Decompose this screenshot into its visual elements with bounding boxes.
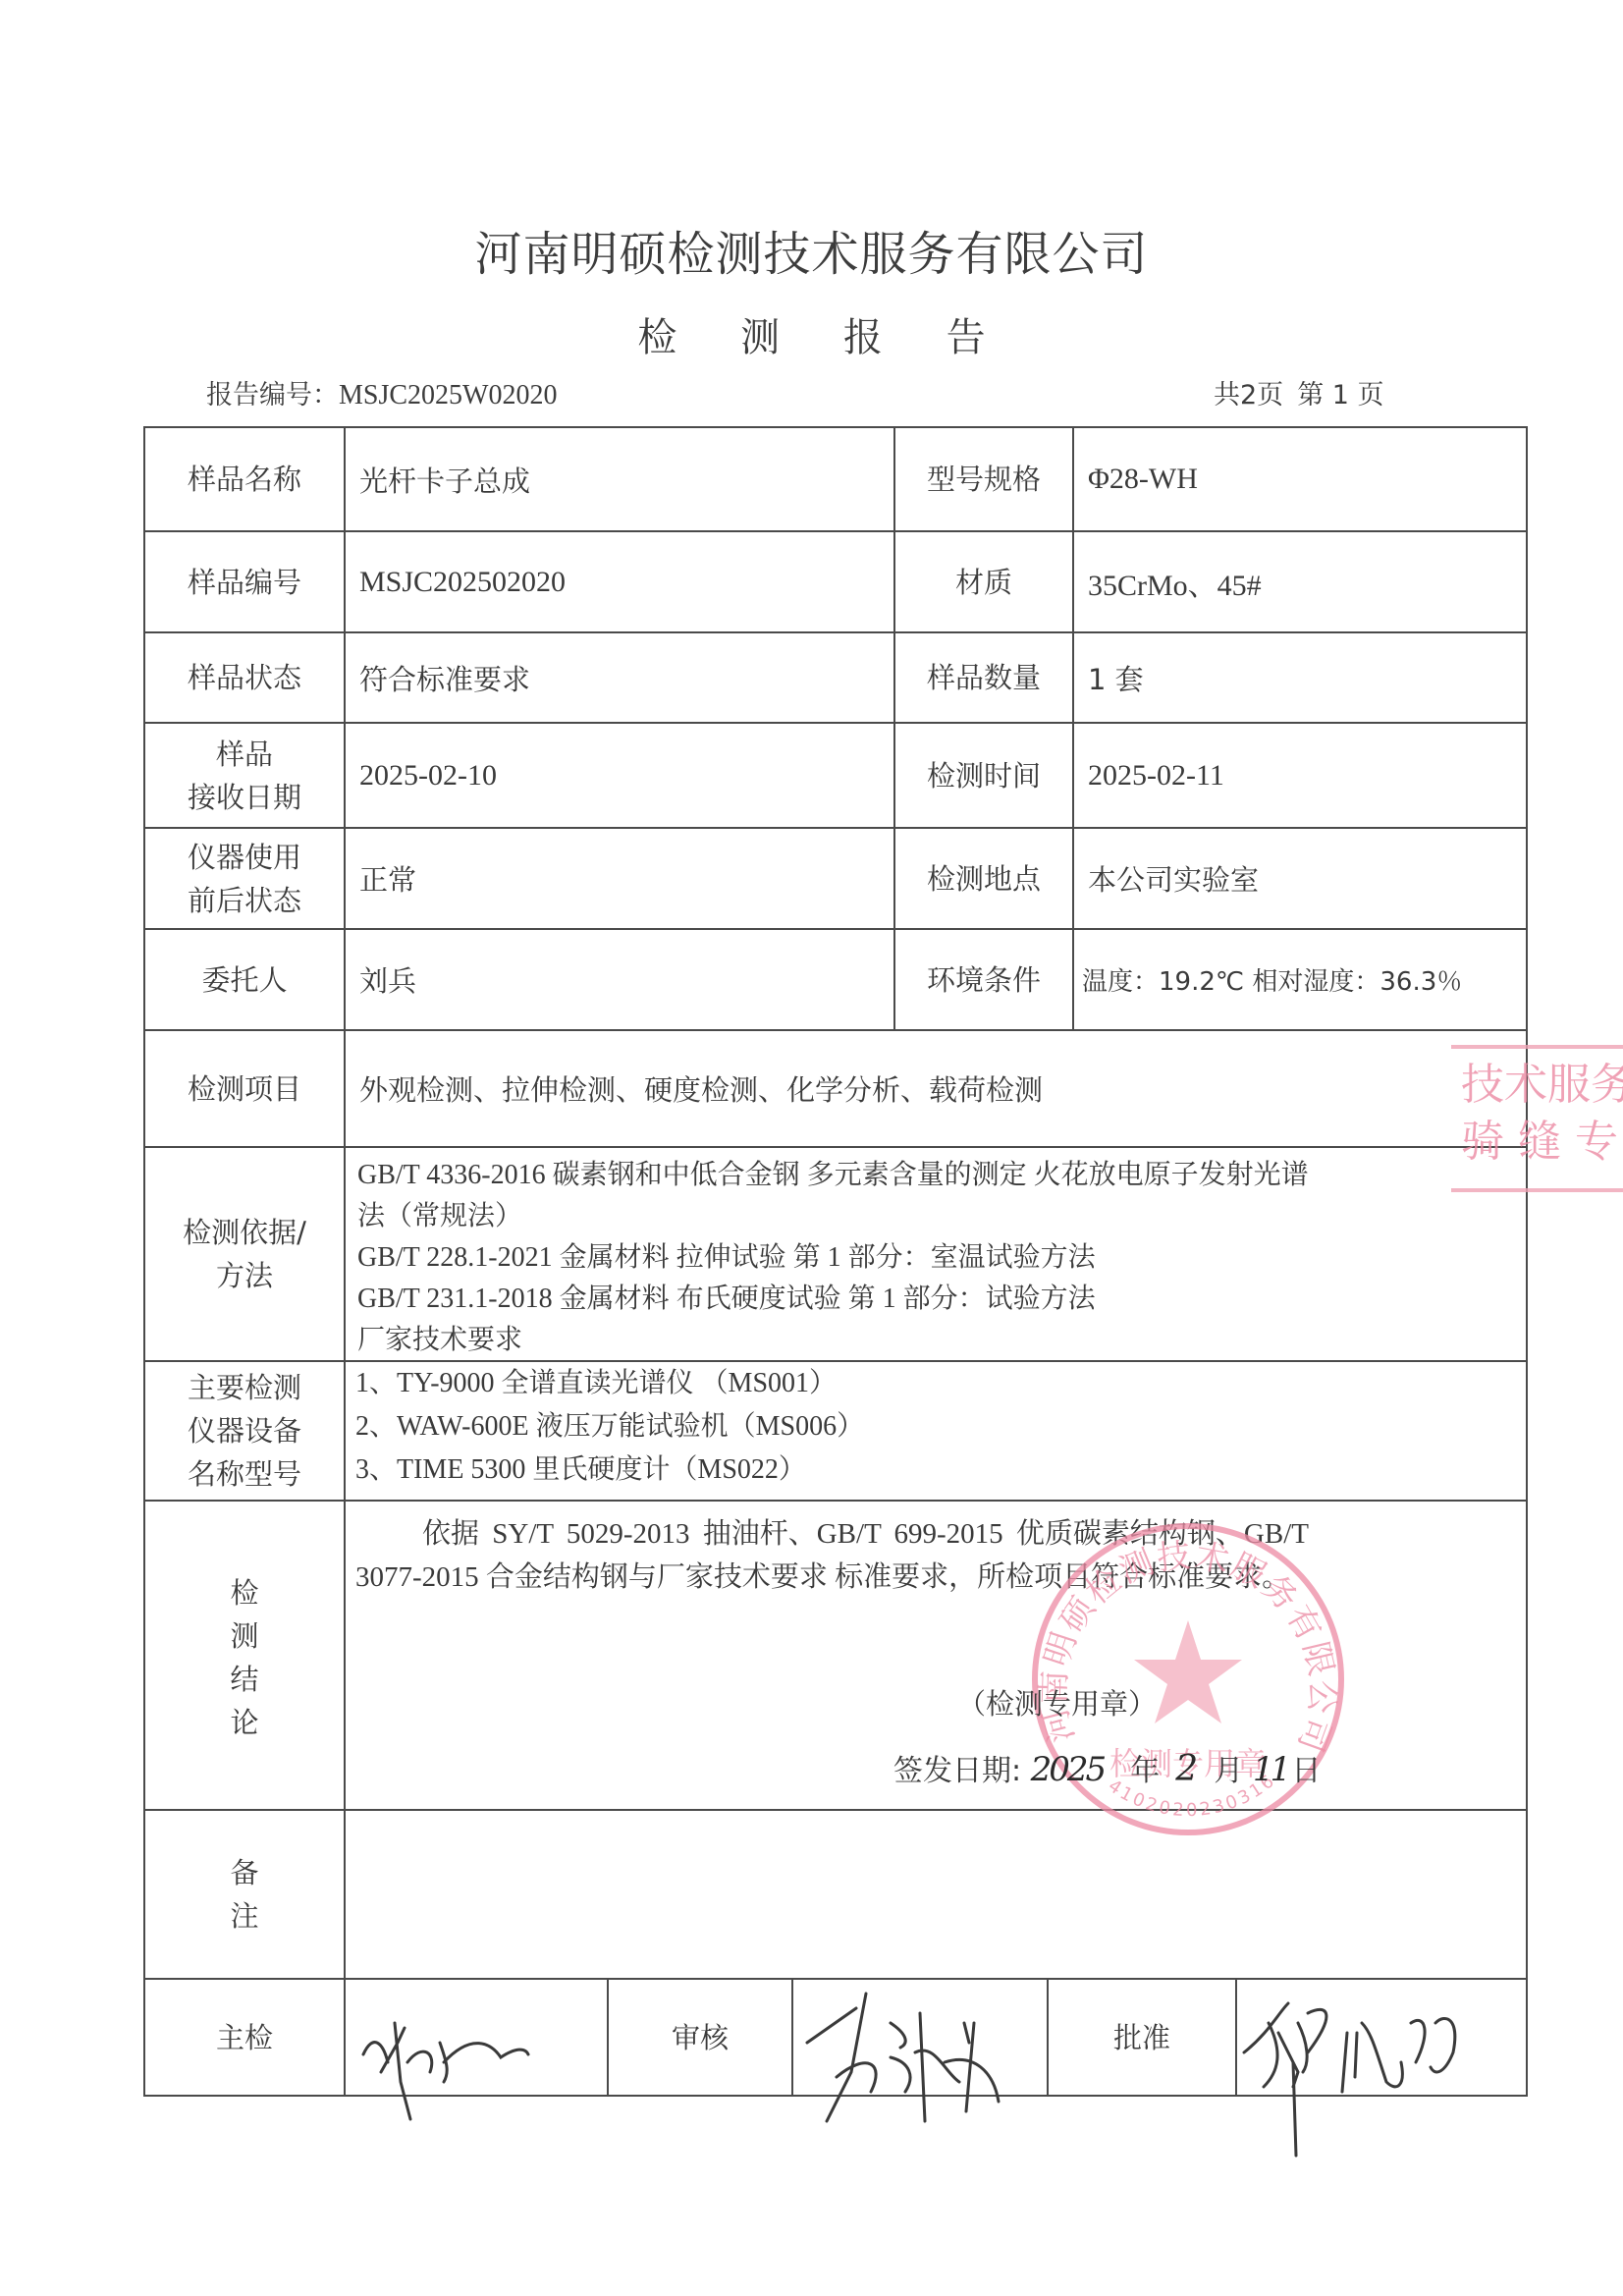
label-equipment-line: 主要检测 [188, 1366, 301, 1409]
approver-signature [1239, 1994, 1494, 2160]
label-model-spec: 型号规格 [895, 428, 1072, 530]
label-equipment: 主要检测 仪器设备 名称型号 [145, 1362, 344, 1500]
value-test-items: 外观检测、拉伸检测、硬度检测、化学分析、载荷检测 [346, 1031, 1524, 1146]
row-divider [143, 1146, 1528, 1148]
row-divider [143, 1978, 1528, 1980]
label-receipt-date-line1: 样品 [216, 733, 273, 776]
total-pages: 共2页 [1214, 380, 1283, 410]
value-sample-quantity: 1 套 [1074, 633, 1526, 722]
report-number-label: 报告编号： [206, 380, 339, 410]
col-divider-sig [1235, 1978, 1237, 2096]
label-reviewer: 审核 [609, 1980, 791, 2095]
value-remarks [346, 1811, 1524, 1978]
value-sample-status: 符合标准要求 [346, 633, 893, 722]
company-name: 河南明硕检测技术服务有限公司 [0, 216, 1623, 284]
value-test-time: 2025-02-11 [1074, 724, 1526, 827]
label-sample-number: 样品编号 [145, 532, 344, 631]
label-equipment-line: 名称型号 [188, 1452, 301, 1496]
label-remarks-char: 备 [145, 1851, 344, 1894]
label-remarks: 备 注 [145, 1851, 344, 1938]
test-basis-line: GB/T 4336-2016 碳素钢和中低合金钢 多元素含量的测定 火花放电原子… [357, 1155, 1309, 1196]
label-equipment-line: 仪器设备 [188, 1409, 301, 1452]
report-number-value: MSJC2025W02020 [339, 380, 557, 410]
row-divider [143, 1500, 1528, 1502]
page-indicator: 共2页第 1 页 [1214, 373, 1398, 411]
label-approver: 批准 [1049, 1980, 1235, 2095]
value-sample-name: 光杆卡子总成 [346, 428, 893, 530]
label-test-location: 检测地点 [895, 829, 1072, 928]
test-basis-line: GB/T 231.1-2018 金属材料 布氏硬度试验 第 1 部分：试验方法 [357, 1279, 1309, 1320]
value-sample-number: MSJC202502020 [346, 532, 893, 631]
test-basis-line: 厂家技术要求 [357, 1320, 1309, 1361]
label-conclusion-char: 论 [145, 1701, 344, 1744]
label-test-time: 检测时间 [895, 724, 1072, 827]
value-model-spec: Φ28-WH [1074, 428, 1526, 530]
value-environment: 温度：19.2℃ 相对湿度：36.3％ [1074, 930, 1526, 1029]
inspection-seal-stamp: 河南明硕检测技术服务有限公司 检测专用章 4102020230316 [1026, 1517, 1350, 1841]
label-environment: 环境条件 [895, 930, 1072, 1029]
issue-month-handwritten: 2 [1169, 1749, 1205, 1789]
label-instrument-status-line2: 前后状态 [188, 879, 301, 922]
equipment-item: 3、TIME 5300 里氏硬度计（MS022） [355, 1449, 864, 1492]
label-inspector: 主检 [145, 1980, 344, 2095]
inspector-signature [353, 2003, 589, 2121]
label-instrument-status: 仪器使用 前后状态 [145, 829, 344, 928]
equipment-item: 1、TY-9000 全谱直读光谱仪 （MS001） [355, 1362, 864, 1405]
label-test-items: 检测项目 [145, 1031, 344, 1146]
label-sample-status: 样品状态 [145, 633, 344, 722]
value-receipt-date: 2025-02-10 [346, 724, 893, 827]
seam-seal-line1: 技术服务 [1451, 1057, 1623, 1114]
seam-seal-stamp: 技术服务 骑缝专 [1451, 1045, 1623, 1192]
value-instrument-status: 正常 [346, 829, 893, 928]
test-basis-list: GB/T 4336-2016 碳素钢和中低合金钢 多元素含量的测定 火花放电原子… [357, 1155, 1309, 1361]
label-test-basis: 检测依据/ 方法 [145, 1148, 344, 1360]
label-receipt-date: 样品 接收日期 [145, 724, 344, 827]
label-instrument-status-line1: 仪器使用 [188, 836, 301, 879]
issue-date-label: 签发日期: [893, 1754, 1021, 1788]
label-conclusion-char: 测 [145, 1614, 344, 1658]
label-sample-name: 样品名称 [145, 428, 344, 530]
value-client: 刘兵 [346, 930, 893, 1029]
label-test-basis-line2: 方法 [216, 1254, 273, 1297]
issue-day-unit: 日 [1291, 1754, 1321, 1788]
value-material: 35CrMo、45# [1074, 532, 1526, 631]
issue-year-handwritten: 2025 [1031, 1750, 1121, 1789]
issue-year-unit: 年 [1130, 1754, 1160, 1788]
current-page: 第 1 页 [1297, 380, 1383, 410]
label-conclusion-char: 结 [145, 1658, 344, 1701]
table-border-right [1526, 426, 1528, 2096]
report-number: 报告编号：MSJC2025W02020 [206, 373, 557, 411]
value-test-location: 本公司实验室 [1074, 829, 1526, 928]
test-basis-line: GB/T 228.1-2021 金属材料 拉伸试验 第 1 部分：室温试验方法 [357, 1237, 1309, 1279]
label-material: 材质 [895, 532, 1072, 631]
label-conclusion-char: 检 [145, 1571, 344, 1614]
issue-day-handwritten: 11 [1253, 1750, 1282, 1789]
report-title: 检 测 报 告 [0, 306, 1623, 362]
equipment-list: 1、TY-9000 全谱直读光谱仪 （MS001） 2、WAW-600E 液压万… [355, 1362, 864, 1492]
equipment-item: 2、WAW-600E 液压万能试验机（MS006） [355, 1405, 864, 1449]
issue-date: 签发日期: 2025 年 2 月 11 日 [893, 1746, 1321, 1789]
label-sample-quantity: 样品数量 [895, 633, 1072, 722]
reviewer-signature [797, 1984, 1043, 2131]
seam-seal-line2: 骑缝专 [1451, 1114, 1623, 1171]
issue-month-unit: 月 [1214, 1754, 1243, 1788]
test-basis-line: 法（常规法） [357, 1196, 1309, 1237]
seal-note: （检测专用章） [957, 1682, 1157, 1722]
label-test-basis-line1: 检测依据/ [183, 1211, 306, 1254]
label-client: 委托人 [145, 930, 344, 1029]
label-remarks-char: 注 [145, 1894, 344, 1938]
label-receipt-date-line2: 接收日期 [188, 776, 301, 819]
col-divider-sig [791, 1978, 793, 2096]
label-conclusion: 检 测 结 论 [145, 1571, 344, 1744]
